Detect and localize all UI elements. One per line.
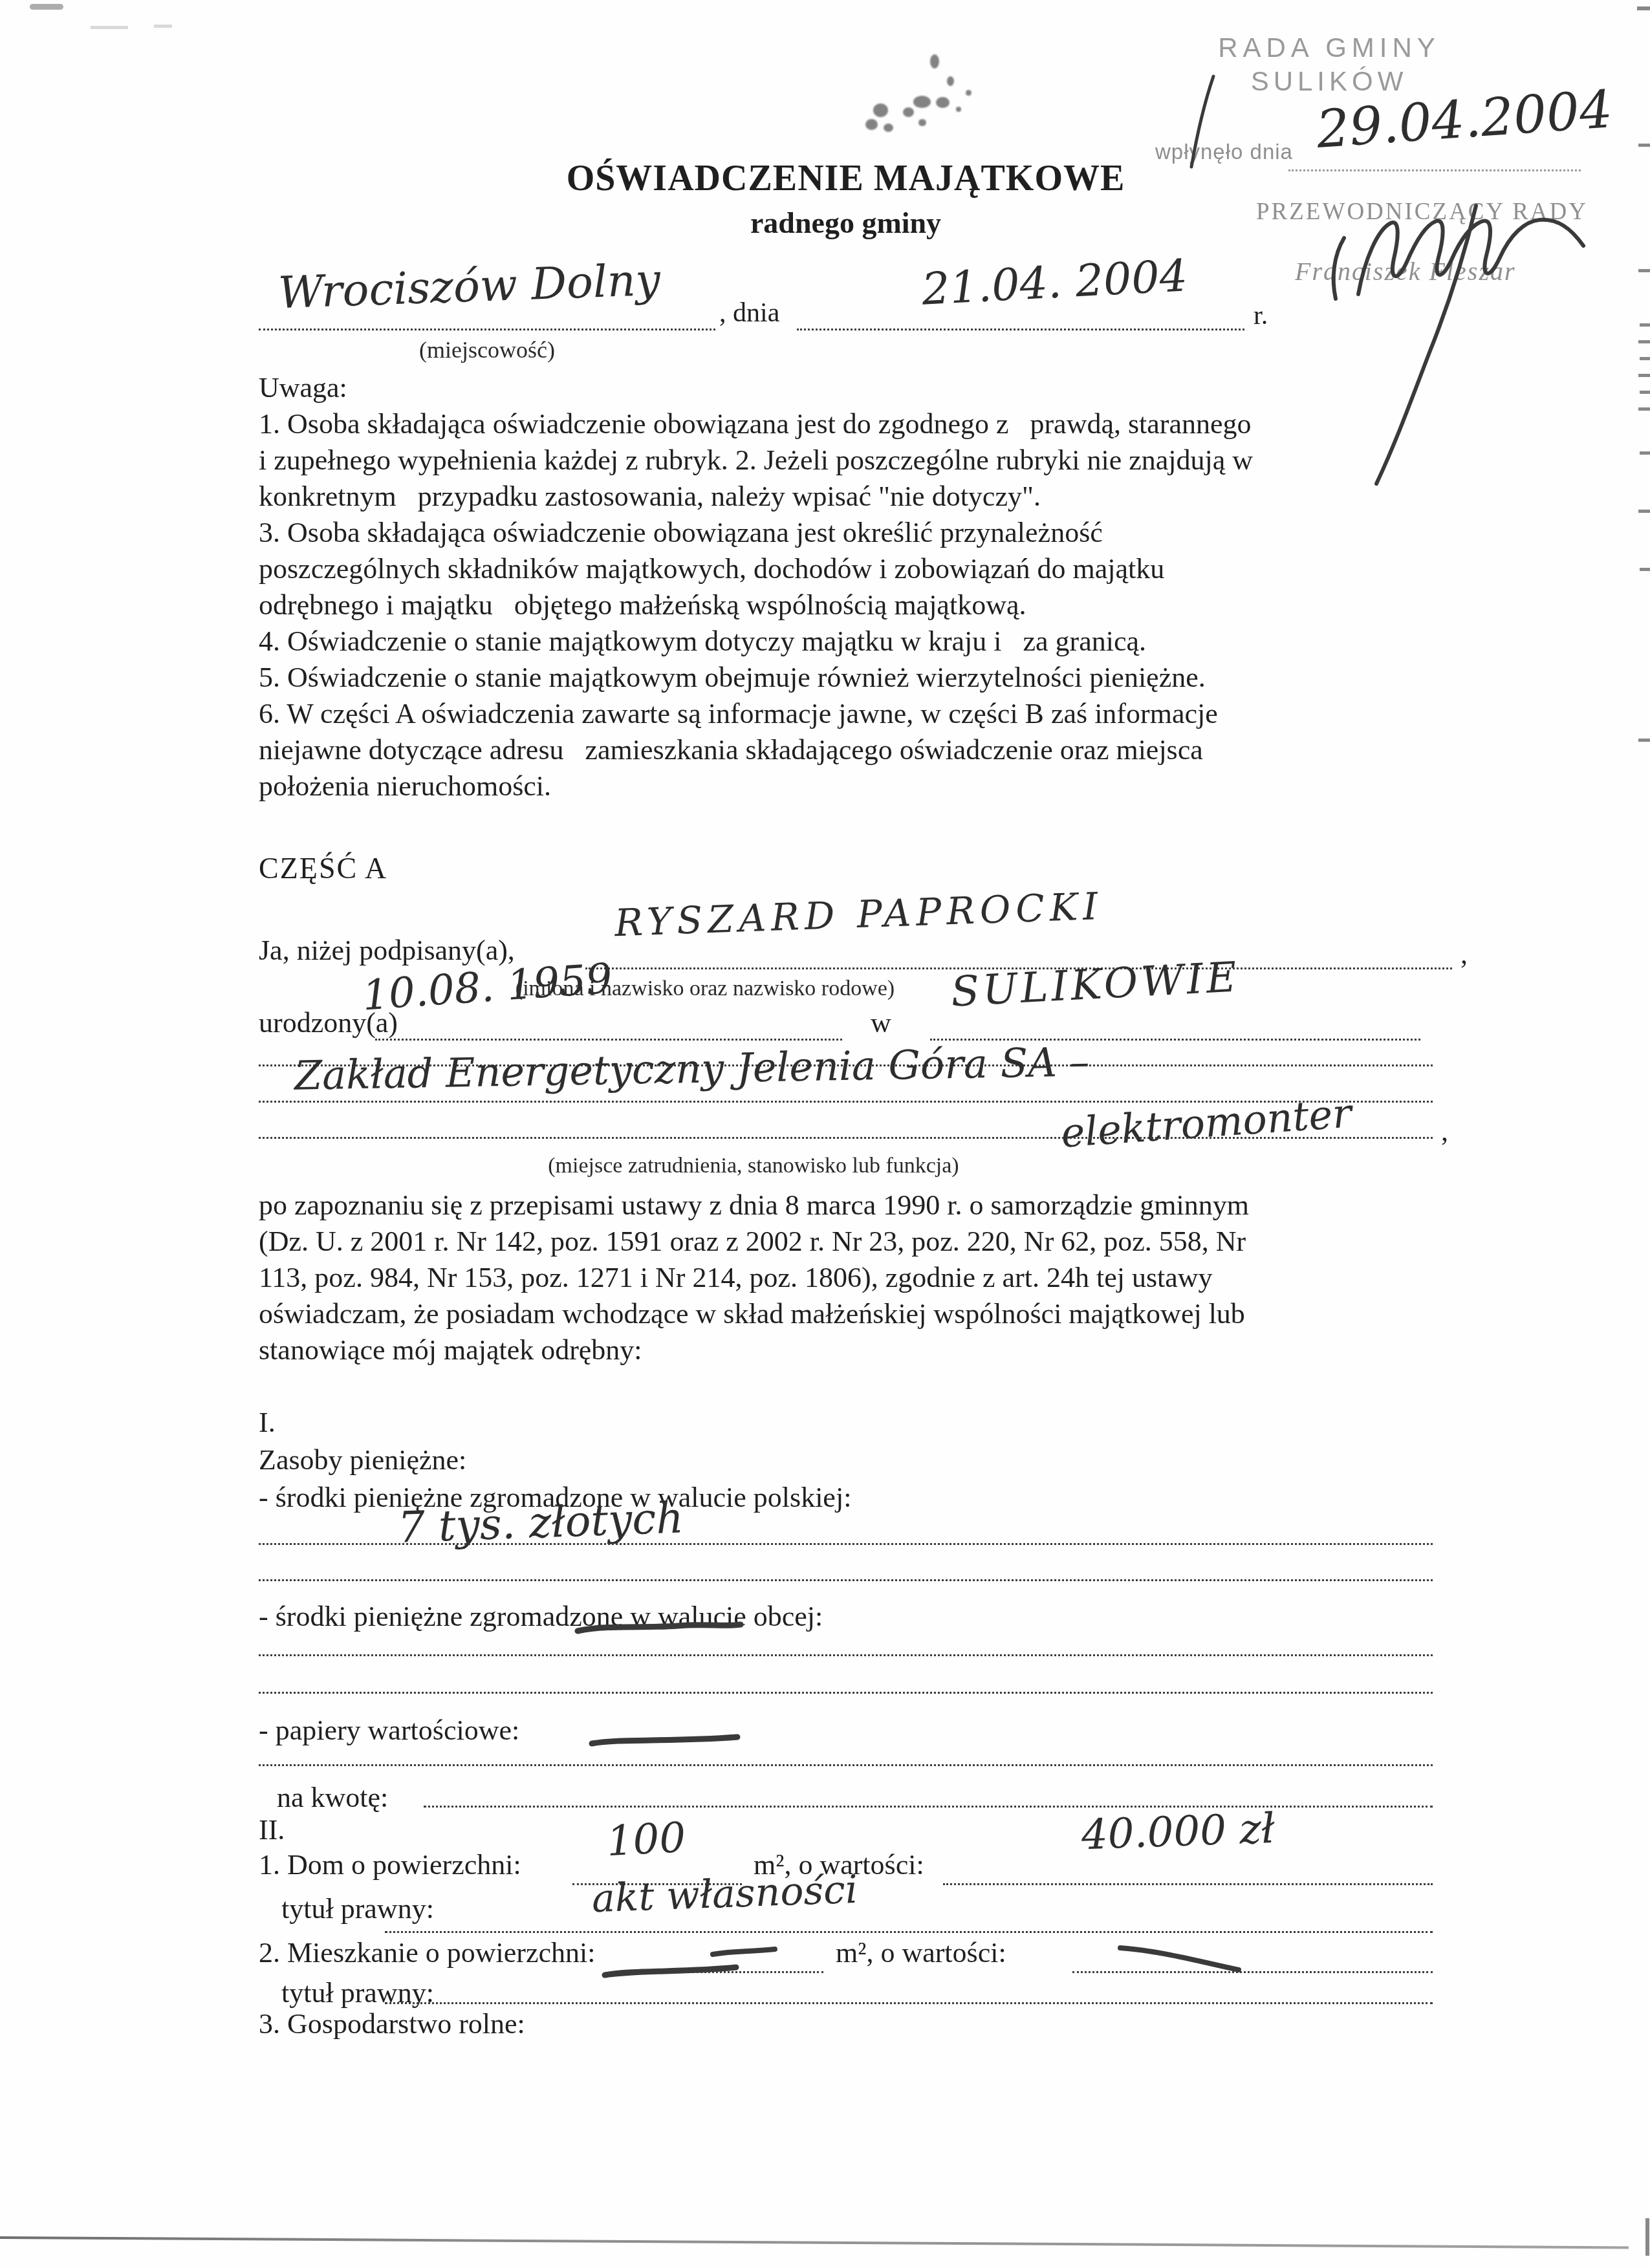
handwritten-dash-apartment-title [605,1967,736,1975]
handwritten-dash-securities [592,1737,737,1744]
handwritten-dash-fx [578,1625,741,1631]
handwritten-dash-apartment-area [713,1949,775,1954]
signature-long-stroke [1376,206,1476,484]
chairman-signature [1334,238,1344,299]
handwritten-dash-apartment-value [1120,1948,1239,1970]
handwriting-strokes-overlay [0,0,1650,2268]
pen-slash-mark [1191,76,1213,167]
scanned-declaration-page: RADA GMINY SULIKÓW wpłynęło dnia 29.04.2… [0,0,1650,2268]
